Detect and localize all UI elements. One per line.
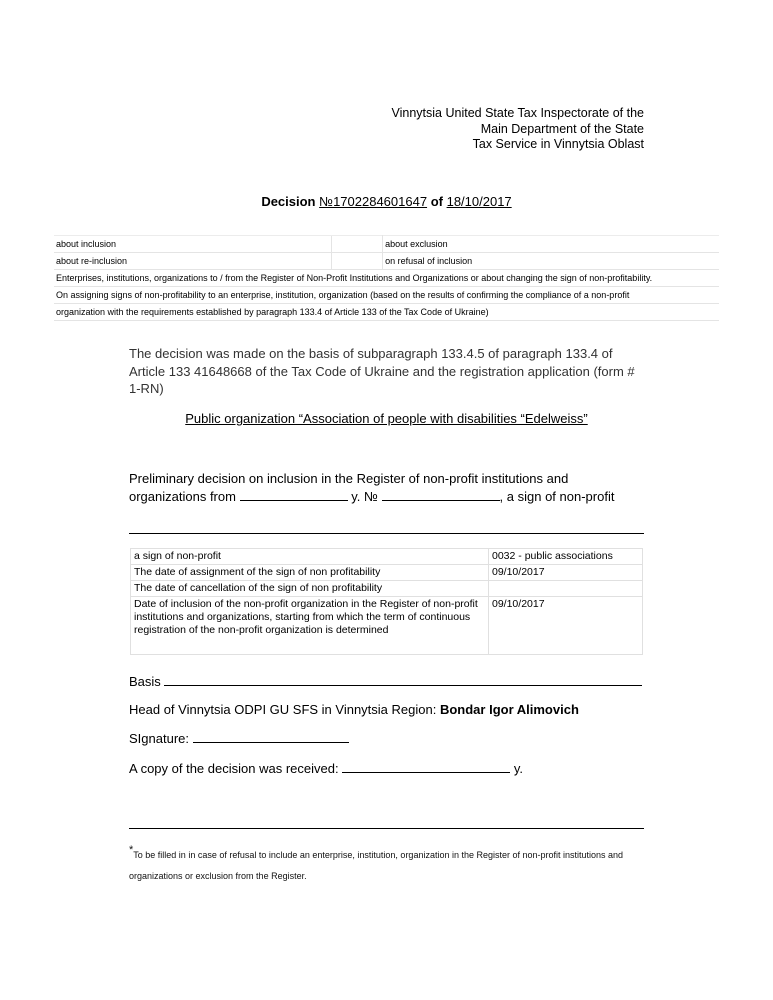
checkbox-cell[interactable] xyxy=(332,253,383,270)
footnote: *To be filled in in case of refusal to i… xyxy=(129,845,649,887)
non-profit-info-table: a sign of non-profit 0032 - public assoc… xyxy=(130,548,643,655)
table-row: The date of cancellation of the sign of … xyxy=(131,581,643,597)
copy-received-suffix: y. xyxy=(514,761,523,776)
table-row: about inclusion about exclusion xyxy=(54,236,719,253)
footer-rule xyxy=(129,828,644,829)
info-value xyxy=(489,581,643,597)
info-value: 09/10/2017 xyxy=(489,597,643,655)
basis-field[interactable] xyxy=(164,673,642,686)
signature-label: SIgnature: xyxy=(129,731,189,746)
title-prefix: Decision xyxy=(261,194,315,209)
decision-title: Decision №1702284601647 of 18/10/2017 xyxy=(0,194,773,209)
title-of: of xyxy=(431,194,443,209)
table-row: Enterprises, institutions, organizations… xyxy=(54,270,719,287)
preliminary-decision: Preliminary decision on inclusion in the… xyxy=(129,470,649,505)
decision-date: 18/10/2017 xyxy=(447,194,512,209)
type-cell: about inclusion xyxy=(54,236,332,253)
preliminary-line-2: organizations from y. № , a sign of non-… xyxy=(129,488,649,506)
type-description: Enterprises, institutions, organizations… xyxy=(54,270,719,287)
preliminary-date-field[interactable] xyxy=(240,488,348,501)
head-label: Head of Vinnytsia ODPI GU SFS in Vinnyts… xyxy=(129,702,436,717)
copy-received-label: A copy of the decision was received: xyxy=(129,761,339,776)
table-row: organization with the requirements estab… xyxy=(54,304,719,321)
info-label: The date of cancellation of the sign of … xyxy=(131,581,489,597)
basis-label: Basis xyxy=(129,674,161,689)
addressee-block: Vinnytsia United State Tax Inspectorate … xyxy=(392,106,644,153)
addressee-line-2: Main Department of the State xyxy=(392,122,644,138)
type-cell: on refusal of inclusion xyxy=(383,253,719,270)
table-row: a sign of non-profit 0032 - public assoc… xyxy=(131,549,643,565)
head-name: Bondar Igor Alimovich xyxy=(440,702,579,717)
addressee-line-1: Vinnytsia United State Tax Inspectorate … xyxy=(392,106,644,122)
type-cell: about re-inclusion xyxy=(54,253,332,270)
footnote-text: To be filled in in case of refusal to in… xyxy=(129,850,623,881)
copy-received-line: A copy of the decision was received: y. xyxy=(129,760,523,776)
decision-type-table: about inclusion about exclusion about re… xyxy=(54,235,719,321)
type-cell: about exclusion xyxy=(383,236,719,253)
addressee-line-3: Tax Service in Vinnytsia Oblast xyxy=(392,137,644,153)
head-line: Head of Vinnytsia ODPI GU SFS in Vinnyts… xyxy=(129,702,579,717)
organization-name: Public organization “Association of peop… xyxy=(0,411,773,426)
table-row: On assigning signs of non-profitability … xyxy=(54,287,719,304)
info-label: The date of assignment of the sign of no… xyxy=(131,565,489,581)
basis-paragraph: The decision was made on the basis of su… xyxy=(129,345,649,398)
basis-line: Basis xyxy=(129,673,642,689)
copy-received-field[interactable] xyxy=(342,760,510,773)
type-description: organization with the requirements estab… xyxy=(54,304,719,321)
info-label: a sign of non-profit xyxy=(131,549,489,565)
table-row: Date of inclusion of the non-profit orga… xyxy=(131,597,643,655)
signature-line: SIgnature: xyxy=(129,730,349,746)
type-description: On assigning signs of non-profitability … xyxy=(54,287,719,304)
decision-number: №1702284601647 xyxy=(319,194,427,209)
info-value: 09/10/2017 xyxy=(489,565,643,581)
checkbox-cell[interactable] xyxy=(332,236,383,253)
info-value: 0032 - public associations xyxy=(489,549,643,565)
info-label: Date of inclusion of the non-profit orga… xyxy=(131,597,489,655)
table-row: The date of assignment of the sign of no… xyxy=(131,565,643,581)
signature-field[interactable] xyxy=(193,730,349,743)
preliminary-line-1: Preliminary decision on inclusion in the… xyxy=(129,470,649,488)
table-row: about re-inclusion on refusal of inclusi… xyxy=(54,253,719,270)
preliminary-number-field[interactable] xyxy=(382,488,500,501)
fill-line[interactable] xyxy=(129,533,644,534)
